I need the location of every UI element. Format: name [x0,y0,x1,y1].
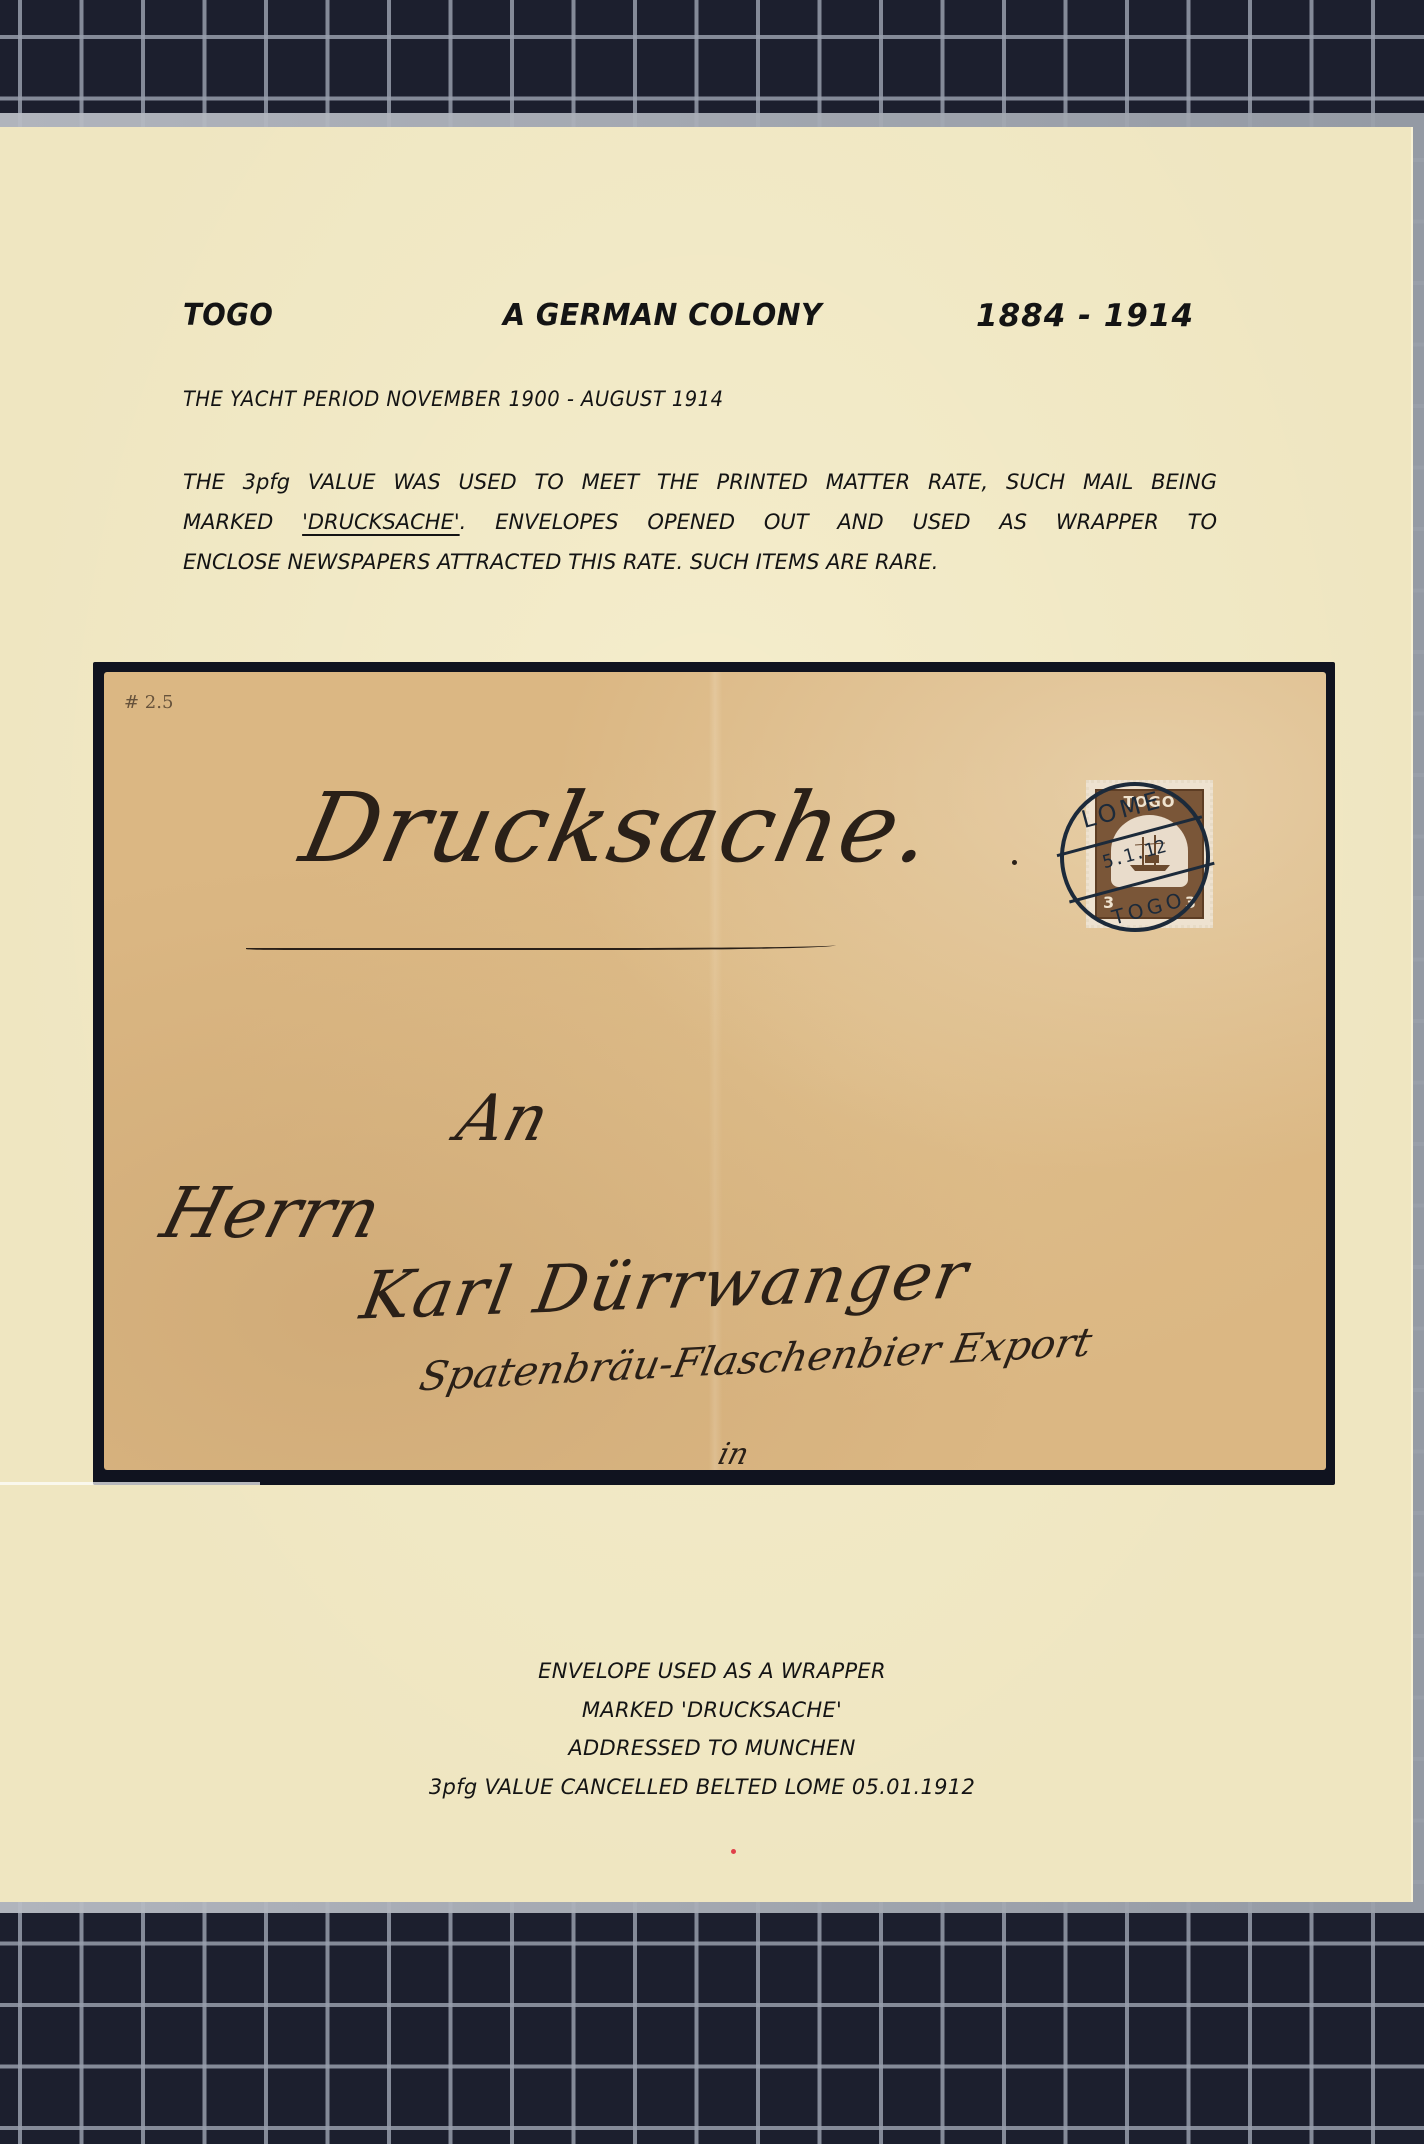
caption-line: ENVELOPE USED AS A WRAPPER [0,1652,1424,1691]
description-line: THE 3pfg VALUE WAS USED TO MEET THE PRIN… [183,462,1217,502]
drucksache-underlined: 'DRUCKSACHE' [302,510,460,534]
handwritten-company: Spatenbräu-Flaschenbier Export [416,1320,1096,1401]
description-text: . ENVELOPES OPENED OUT AND USED AS WRAPP… [460,510,1217,534]
pencil-note: # 2.5 [124,692,173,713]
page-title-years: 1884 - 1914 [976,298,1194,334]
ink-dot [1012,860,1017,865]
description-text: MARKED [183,510,302,534]
sleeve-reflection [0,1482,260,1485]
description-line: MARKED 'DRUCKSACHE'. ENVELOPES OPENED OU… [183,502,1217,542]
handwritten-underline [246,938,836,950]
handwritten-drucksache: Drucksache. [292,772,944,884]
handwritten-in: in [714,1437,752,1470]
red-mark [731,1849,736,1854]
period-heading: THE YACHT PERIOD NOVEMBER 1900 - AUGUST … [183,387,723,411]
caption-block: ENVELOPE USED AS A WRAPPER MARKED 'DRUCK… [0,1652,1424,1806]
description-line: ENCLOSE NEWSPAPERS ATTRACTED THIS RATE. … [183,542,1073,582]
caption-line: MARKED 'DRUCKSACHE' [0,1691,1424,1730]
caption-line: 3pfg VALUE CANCELLED BELTED LOME 05.01.1… [0,1768,1414,1807]
envelope-cover: # 2.5 Drucksache. An Herrn Karl Dürrwang… [104,672,1326,1470]
handwritten-an: An [449,1082,556,1156]
page-title-country: TOGO [183,298,273,333]
postmark-town: LOME [1050,778,1194,842]
description-text: ENCLOSE NEWSPAPERS ATTRACTED THIS RATE. … [183,550,938,574]
description-text: THE 3pfg VALUE WAS USED TO MEET THE PRIN… [183,470,1217,494]
description-paragraph: THE 3pfg VALUE WAS USED TO MEET THE PRIN… [183,462,1217,582]
handwritten-herrn: Herrn [153,1172,389,1254]
caption-line: ADDRESSED TO MUNCHEN [0,1729,1424,1768]
page-title-subtitle: A GERMAN COLONY [503,298,822,333]
handwritten-recipient: Karl Dürrwanger [355,1237,975,1335]
